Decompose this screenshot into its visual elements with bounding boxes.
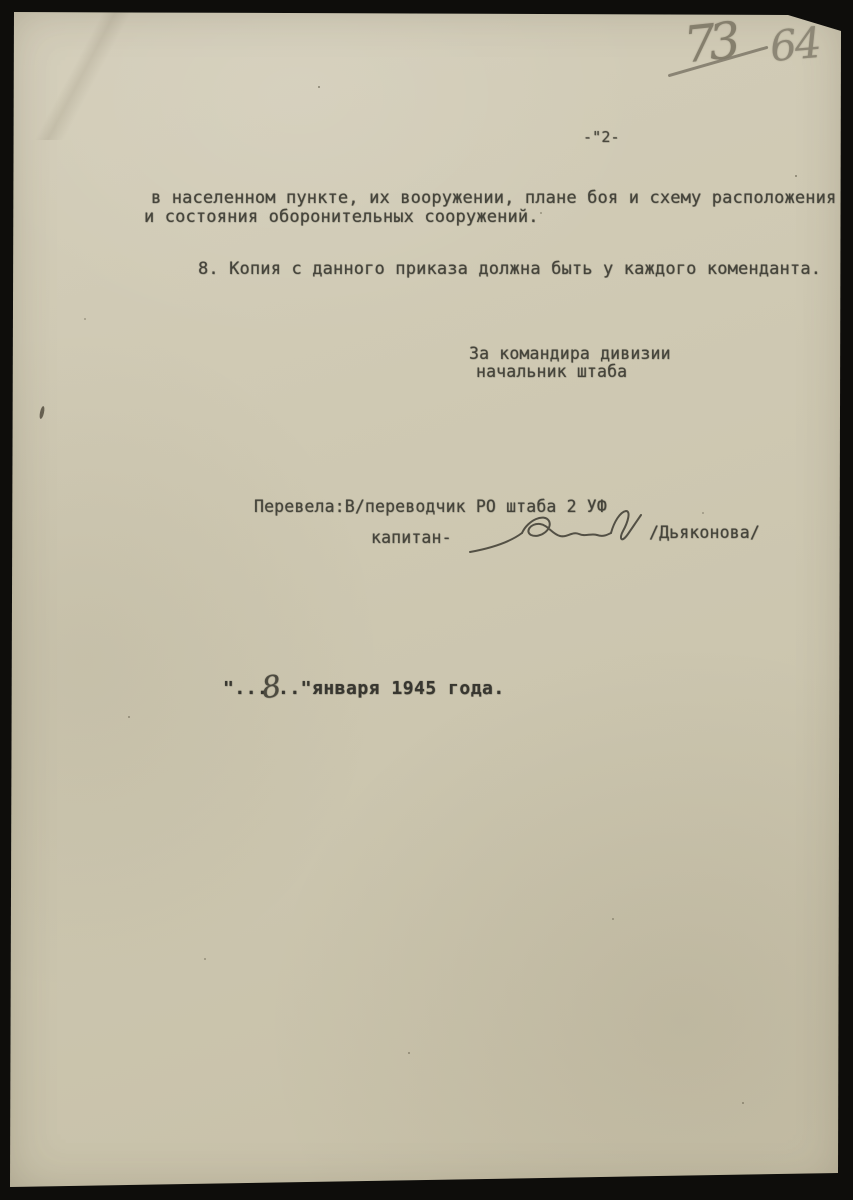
body-line-2: и состояния оборонительных сооружений.: [144, 208, 539, 227]
scanned-document: 73 64 -"2- в населенном пункте, их воору…: [0, 0, 853, 1200]
paper-speckles: [0, 0, 2, 2]
translator-rank: капитан-: [371, 529, 452, 547]
signing-line-1: За командира дивизии: [469, 345, 671, 363]
paper-crease: [0, 0, 210, 140]
translator-name: /Дьяконова/: [649, 524, 760, 542]
signature-handwriting: [468, 506, 648, 562]
page-number: -"2-: [583, 129, 620, 146]
body-line-1: в населенном пункте, их вооружении, план…: [151, 189, 836, 208]
ink-speck: [39, 406, 46, 420]
pencil-folio-number: 64: [768, 18, 822, 71]
date-day-handwritten: 8: [262, 686, 281, 689]
point-8-line: 8. Копия с данного приказа должна быть у…: [198, 260, 821, 279]
date-suffix: .."января 1945 года.: [278, 678, 505, 699]
signing-line-2: начальник штаба: [476, 363, 627, 381]
date-line: "...8.."января 1945 года.: [155, 659, 505, 718]
paper-sheet: 73 64 -"2- в населенном пункте, их воору…: [0, 0, 853, 1200]
